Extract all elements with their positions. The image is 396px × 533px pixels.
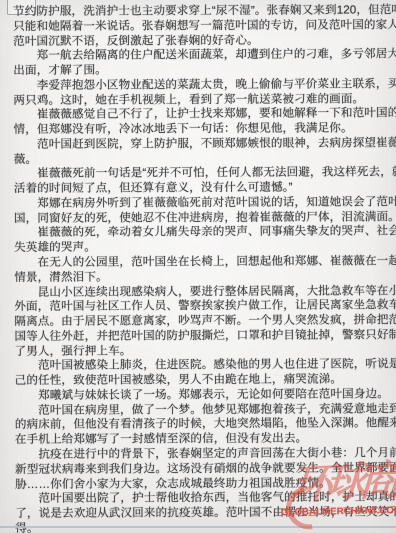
text-line: 情，但郑娜没有听，冷冰冰地丢下一句话：你想见他，我满足你。: [14, 121, 396, 138]
text-line: 郑一航去给隔离的住户配送米面蔬菜，却遭到住户的刁难，多亏邻居大妈: [13, 47, 396, 64]
bottom-divider-line: [0, 526, 396, 528]
text-line: 的病床前，但他没有看清孩子的时候，大地突然塌陷，他坠入深渊。他醒来，: [15, 416, 396, 433]
text-line: 情景，潸然泪下。: [14, 269, 396, 286]
text-line: 崔薇薇死前一句话是“死并不可怕，任何人都无法回避，我这样死去，就是: [14, 165, 396, 182]
text-line: 新型冠状病毒来到我们身边。这场没有硝烟的战争就要发生。全世界都要面临威: [15, 461, 396, 478]
photographed-document-page: 节约防护服，洗消护士也主动要求穿上“尿不湿”。张春娴又来到120，但范叶国只能和…: [0, 0, 396, 533]
text-line: 己的任性，致使范叶国被感染，男人不由跪在地上，痛哭流涕。: [15, 372, 396, 389]
text-line: 了，说是去欢迎从武汉回来的抗疫英雄。范叶国不由愣在当场，有些哭笑不: [15, 505, 396, 522]
text-line: 在无人的公园里，范叶国坐在长椅上，回想起他和郑娜、崔薇薇在一起的: [14, 254, 396, 271]
text-line: 范叶国要出院了，护士帮他收拾东西，当他客气的推托时，护士却真的走: [15, 490, 396, 507]
text-line: 郑娜在病房外听到了崔薇薇临死前对范叶国说的话，知道她误会了范叶: [14, 195, 396, 212]
text-line: 节约防护服，洗消护士也主动要求穿上“尿不湿”。张春娴又来到120，但范叶国: [13, 3, 396, 20]
text-line: 郑曦斌与妹妹长谈了一场。郑娜表示，无论如何要陪在范叶国身边。: [15, 387, 396, 404]
text-line: 在手机上给郑娜写了一封感情至深的信，但没有发出去。: [15, 431, 396, 448]
text-line: 范叶国赶到医院，穿上防护服，不顾郑娜嫉恨的眼神，去病房探望崔薇: [14, 136, 396, 153]
text-line: 活着的时间短了点，但还算有意义，没有什么可遗憾。”: [14, 180, 396, 197]
document-text: 节约防护服，洗消护士也主动要求穿上“尿不湿”。张春娴又来到120，但范叶国只能和…: [13, 3, 396, 533]
text-line: 只能和她隔着一米说话。张春娴想写一篇范叶国的专访，问及范叶国的家人，: [13, 18, 396, 35]
text-line: 抗疫在进行中的背景下，张春娴坚定的声音回荡在大街小巷：几个月前，: [15, 446, 396, 463]
text-line: 李爱萍抱怨小区物业配送的菜蔬太贵，晚上偷偷与平价菜业主联系，买了: [13, 77, 396, 94]
text-line: 崔薇薇的死，牵动着女儿痛失母亲的哭声、同事痛失挚友的哭声、社会痛: [14, 224, 396, 241]
text-line: 失英雄的哭声。: [14, 239, 396, 256]
text-line: 外面，范叶国与社区工作人员、警察挨家挨户做工作，让居民离家坐急救车到: [14, 298, 396, 315]
text-line: 隔离点。由于居民不愿意离家，吵骂声不断。一个男人突然发疯，拼命把范叶: [14, 313, 396, 330]
text-line: 出面，才解了围。: [13, 62, 396, 79]
text-line: 国等人往外赶，并把范叶国的防护服撕烂，口罩和护目镜扯掉，警察只好制服: [14, 328, 396, 345]
